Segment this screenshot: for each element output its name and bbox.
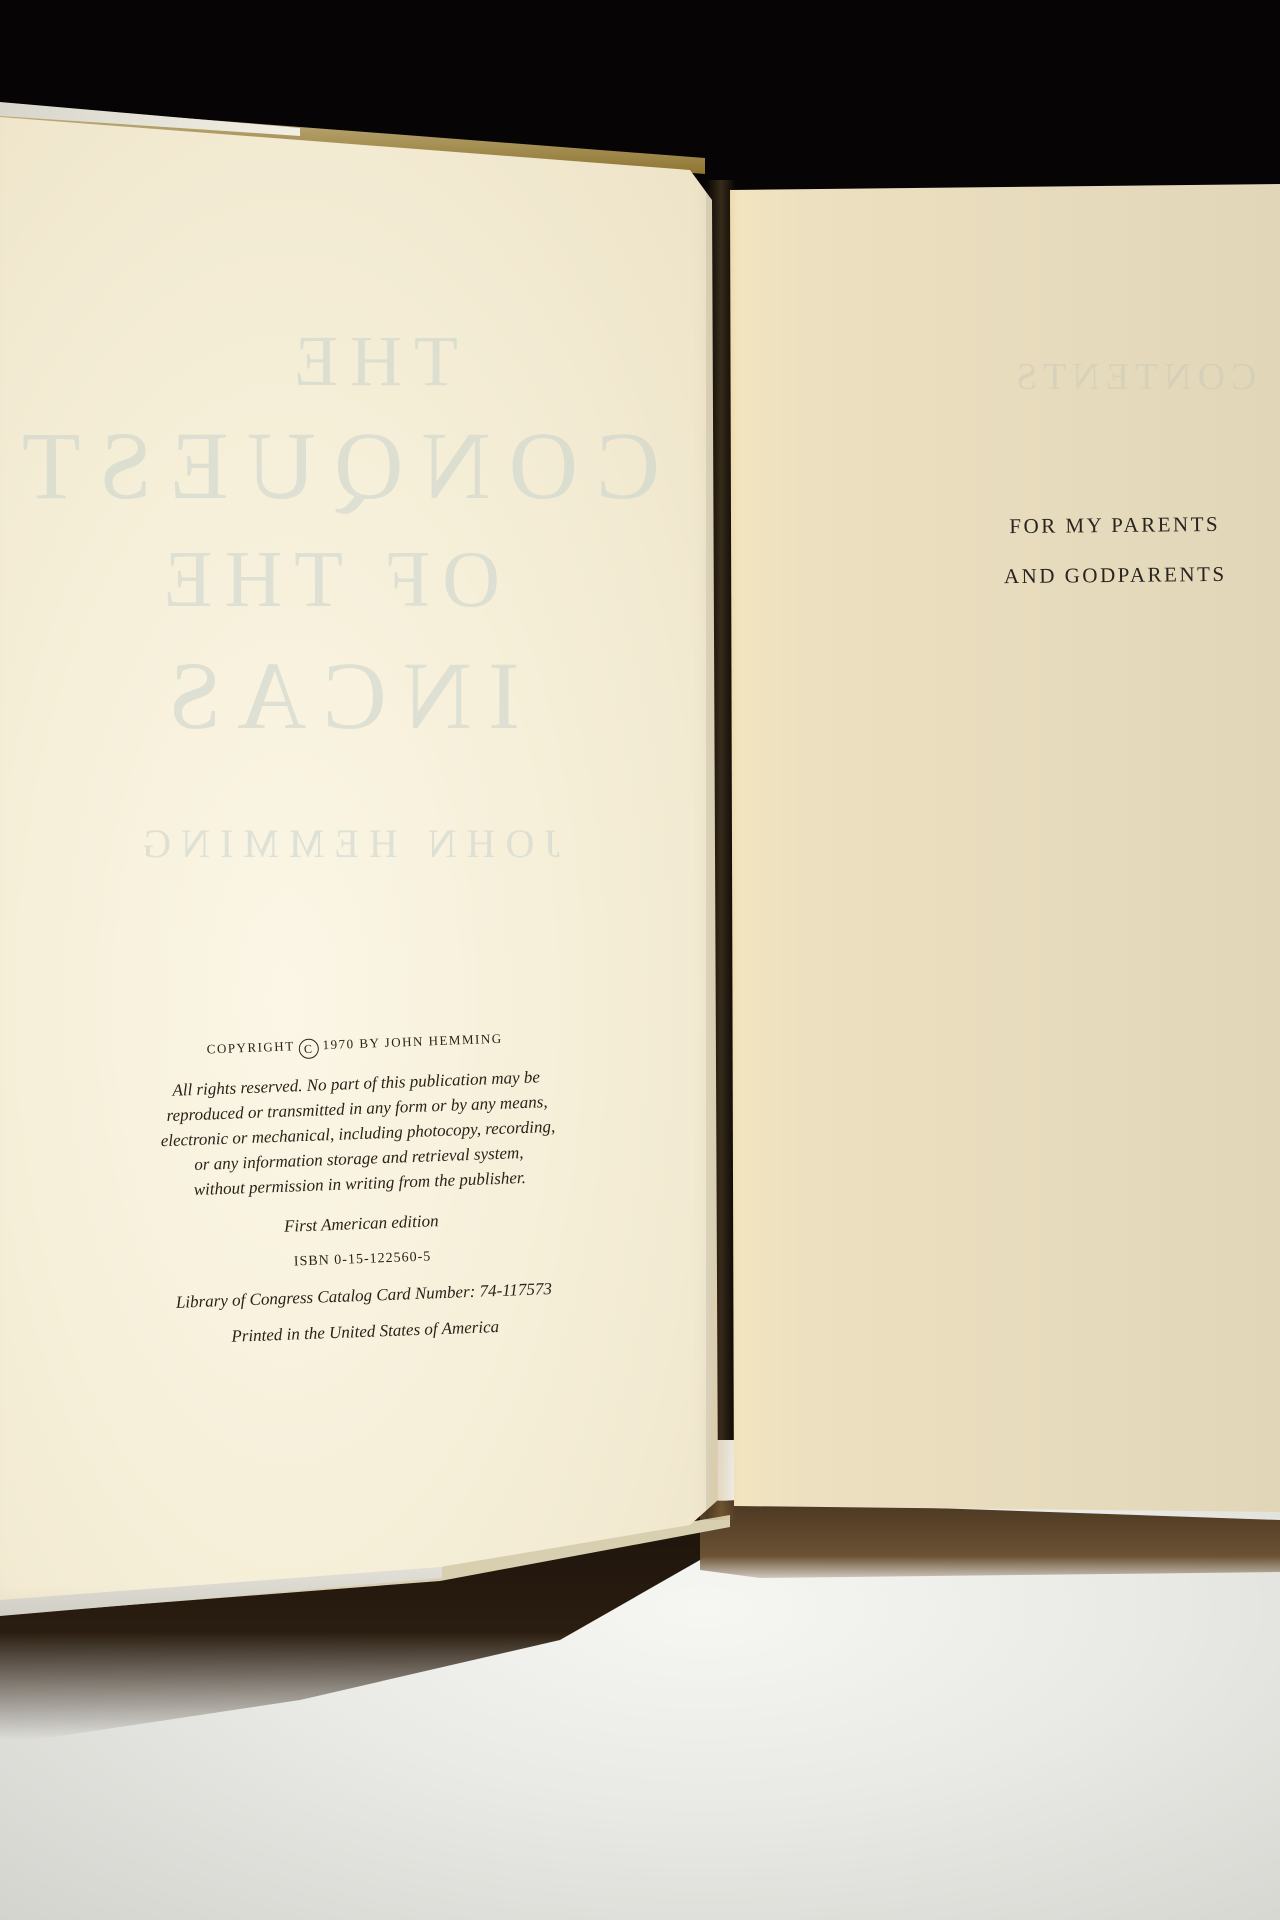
dedication-line-2: AND GODPARENTS <box>985 549 1246 602</box>
dedication-line-1: FOR MY PARENTS <box>984 499 1245 552</box>
show-through-title-incas: INCAS <box>180 640 520 751</box>
book-photo-scene: CONTENTS THE CONQUEST OF THE INCAS JOHN … <box>0 0 1280 1920</box>
isbn: ISBN 0-15-122560-5 <box>147 1244 577 1276</box>
edition-note: First American edition <box>146 1206 576 1242</box>
gutter-shadow <box>706 180 736 1520</box>
show-through-title-the: THE <box>270 320 470 403</box>
copyright-symbol-icon: C <box>298 1038 319 1059</box>
dedication: FOR MY PARENTS AND GODPARENTS <box>984 499 1245 602</box>
rights-statement: All rights reserved. No part of this pub… <box>141 1063 575 1204</box>
show-through-author: JOHN HEMMING <box>140 820 560 867</box>
library-of-congress-number: Library of Congress Catalog Card Number:… <box>149 1278 579 1314</box>
copyright-prefix: COPYRIGHT <box>206 1038 294 1056</box>
copyright-notice: COPYRIGHTC1970 BY JOHN HEMMING All right… <box>140 1028 581 1350</box>
show-through-contents: CONTENTS <box>1010 355 1256 399</box>
show-through-title-of-the: OF THE <box>180 535 500 626</box>
show-through-title-conquest: CONQUEST <box>20 410 660 521</box>
